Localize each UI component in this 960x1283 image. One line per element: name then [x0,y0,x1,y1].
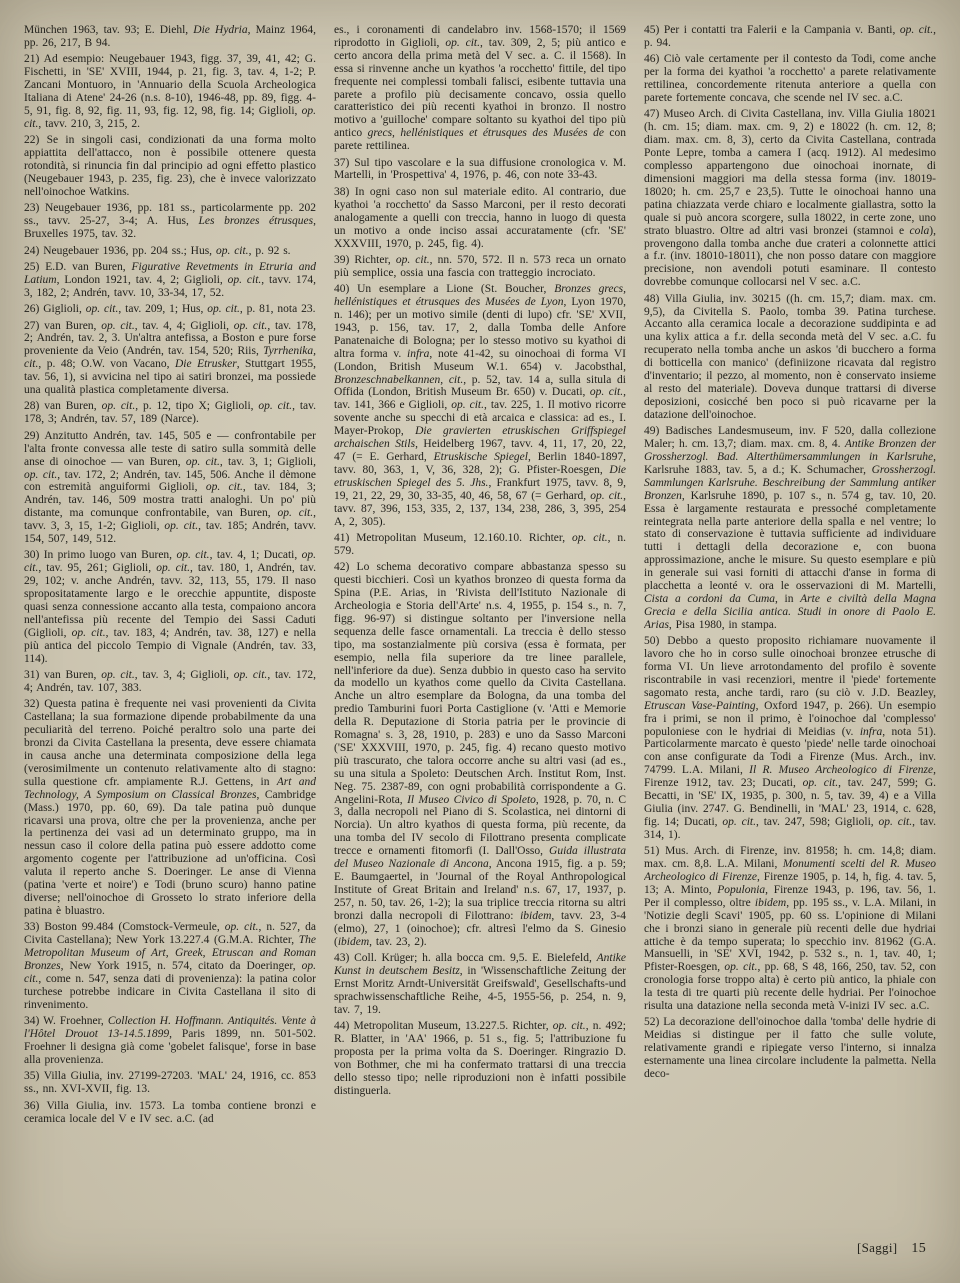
footnote-37: 37) Sul tipo vascolare e la sua diffusio… [334,157,626,183]
footnote-42: 42) Lo schema decorativo compare abbasta… [334,561,626,948]
page: München 1963, tav. 93; E. Diehl, Die Hyd… [0,0,960,1283]
footnote-52: 52) La decorazione dell'oinochoe dalla '… [644,1016,936,1081]
footnote-22: 22) Se in singoli casi, condizionati da … [24,134,316,199]
footnote-24: 24) Neugebauer 1936, pp. 204 ss.; Hus, o… [24,245,316,258]
footnote-continuation: München 1963, tav. 93; E. Diehl, Die Hyd… [24,24,316,50]
text-columns: München 1963, tav. 93; E. Diehl, Die Hyd… [24,24,936,1256]
page-footer: [Saggi]15 [857,1240,926,1257]
footnote-21: 21) Ad esempio: Neugebauer 1943, figg. 3… [24,53,316,130]
footnote-36: 36) Villa Giulia, inv. 1573. La tomba co… [24,1100,316,1126]
footnote-32: 32) Questa patina è frequente nei vasi p… [24,698,316,917]
footnote-40: 40) Un esemplare a Lione (St. Boucher, B… [334,283,626,528]
footnote-48: 48) Villa Giulia, inv. 30215 ((h. cm. 15… [644,293,936,422]
footnote-continuation: es., i coronamenti di candelabro inv. 15… [334,24,626,153]
column-2: es., i coronamenti di candelabro inv. 15… [334,24,626,1256]
footnote-31: 31) van Buren, op. cit., tav. 3, 4; Gigl… [24,669,316,695]
footnote-39: 39) Richter, op. cit., nn. 570, 572. Il … [334,254,626,280]
column-1: München 1963, tav. 93; E. Diehl, Die Hyd… [24,24,316,1256]
footnote-45: 45) Per i contatti tra Falerii e la Camp… [644,24,936,50]
footnote-25: 25) E.D. van Buren, Figurative Revetment… [24,261,316,300]
footnote-28: 28) van Buren, op. cit., p. 12, tipo X; … [24,400,316,426]
footnote-41: 41) Metropolitan Museum, 12.160.10. Rich… [334,532,626,558]
footnote-35: 35) Villa Giulia, inv. 27199-27203. 'MAL… [24,1070,316,1096]
footnote-38: 38) In ogni caso non sul materiale edito… [334,186,626,251]
footnote-43: 43) Coll. Krüger; h. alla bocca cm. 9,5.… [334,952,626,1017]
footnote-29: 29) Anzitutto Andrén, tav. 145, 505 e — … [24,430,316,546]
column-3: 45) Per i contatti tra Falerii e la Camp… [644,24,936,1256]
footnote-49: 49) Badisches Landesmuseum, inv. F 520, … [644,425,936,632]
footnote-47: 47) Museo Arch. di Civita Castellana, in… [644,108,936,289]
footnote-33: 33) Boston 99.484 (Comstock-Vermeule, op… [24,921,316,1011]
footer-page-number: 15 [911,1241,926,1256]
footnote-34: 34) W. Froehner, Collection H. Hoffmann.… [24,1015,316,1067]
footnote-46: 46) Ciò vale certamente per il contesto … [644,53,936,105]
footnote-51: 51) Mus. Arch. di Firenze, inv. 81958; h… [644,845,936,1013]
footnote-44: 44) Metropolitan Museum, 13.227.5. Richt… [334,1020,626,1097]
footnote-30: 30) In primo luogo van Buren, op. cit., … [24,549,316,665]
footnote-26: 26) Giglioli, op. cit., tav. 209, 1; Hus… [24,303,316,316]
footnote-50: 50) Debbo a questo proposito richiamare … [644,635,936,842]
footnote-27: 27) van Buren, op. cit., tav. 4, 4; Gigl… [24,320,316,397]
footer-section-label: [Saggi] [857,1240,897,1255]
footnote-23: 23) Neugebauer 1936, pp. 181 ss., partic… [24,202,316,241]
